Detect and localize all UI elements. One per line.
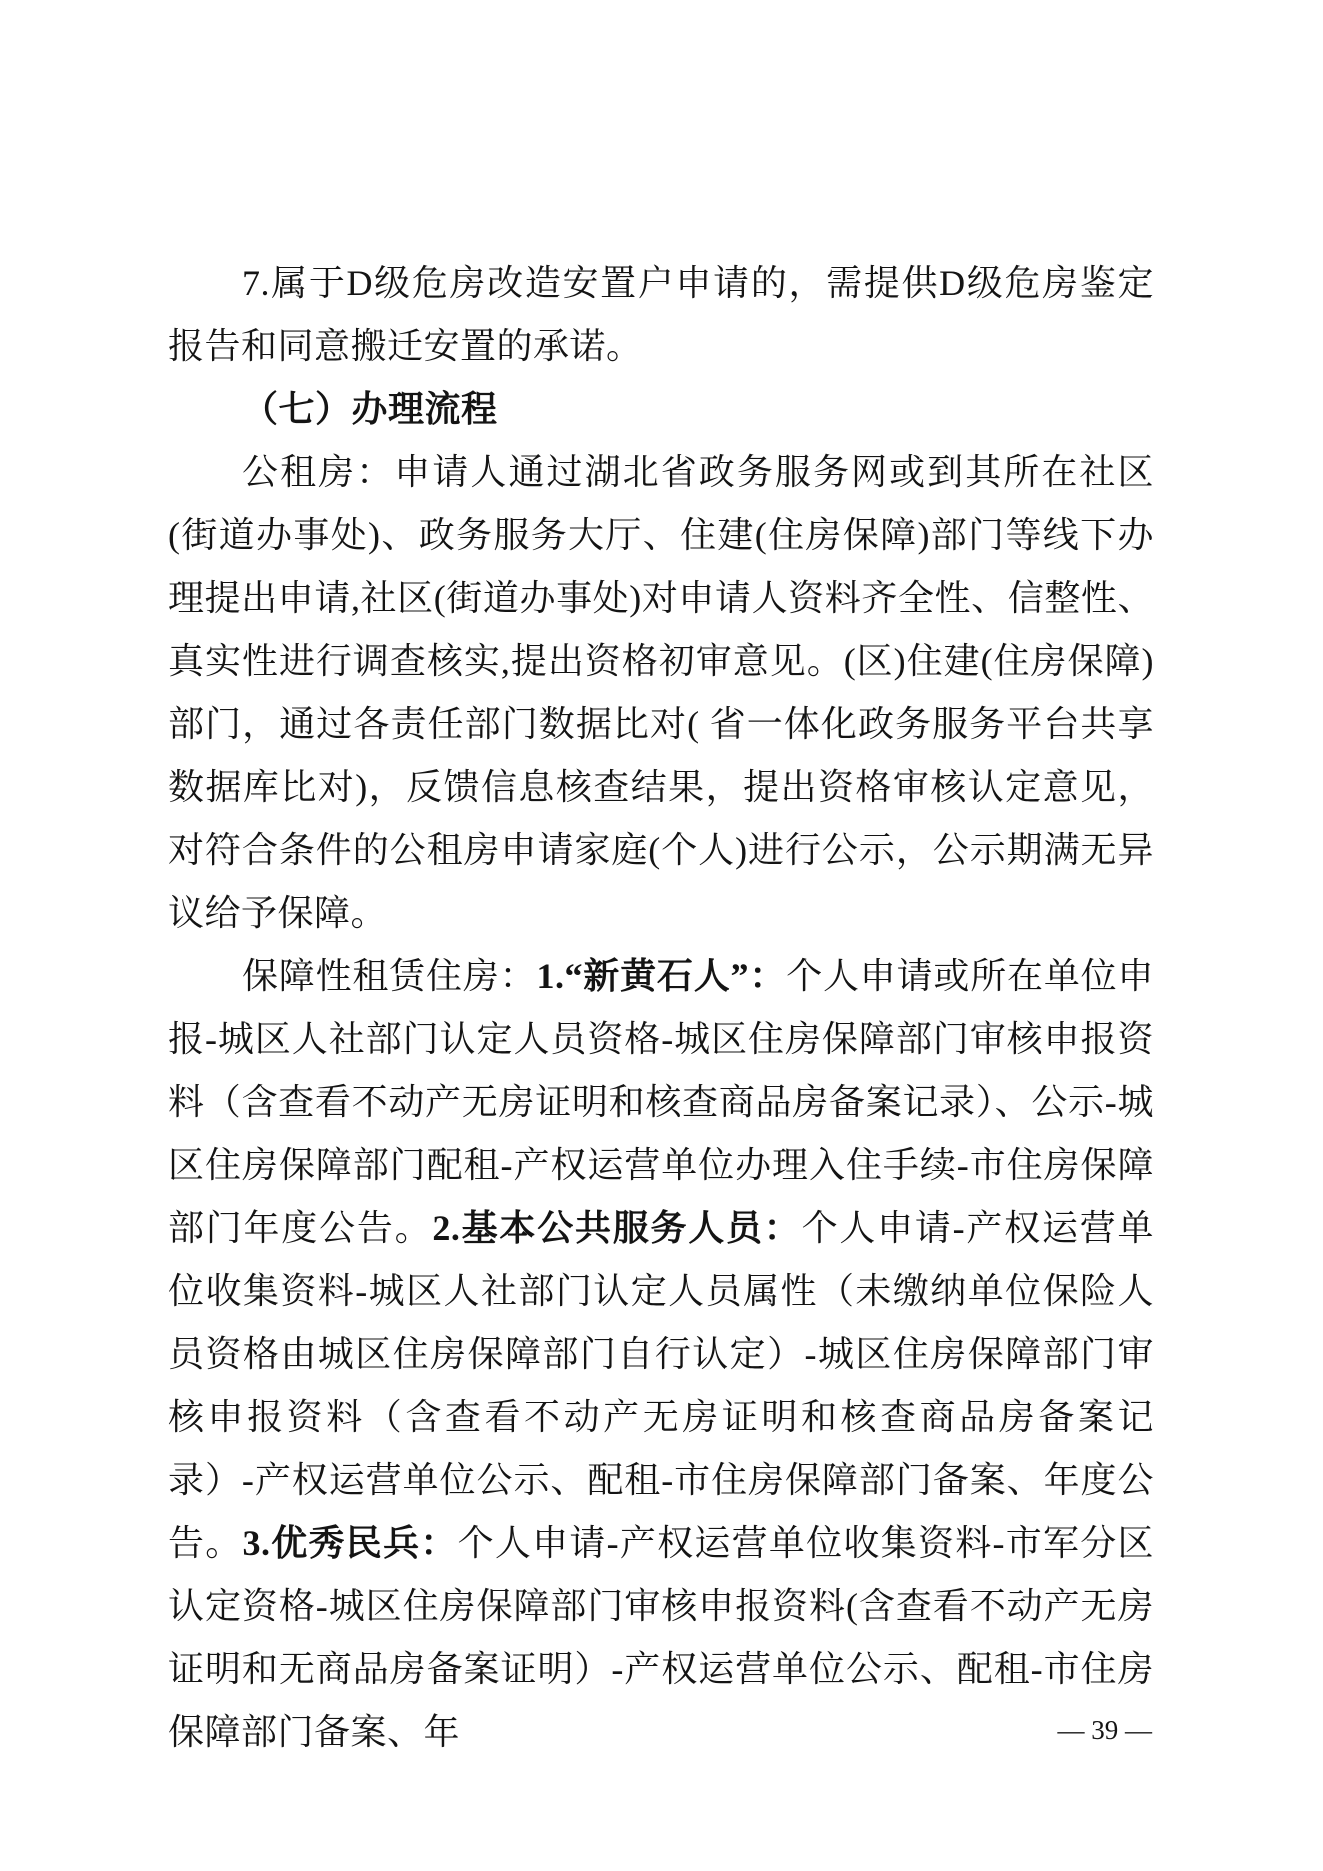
text-run: 公租房：申请人通过湖北省政务服务网或到其所在社区(街道办事处)、政务服务大厅、住… — [168, 452, 1154, 933]
paragraph-d-level-requirement: 7.属于D级危房改造安置户申请的，需提供D级危房鉴定报告和同意搬迁安置的承诺。 — [168, 252, 1154, 378]
section-heading-text: （七）办理流程 — [242, 389, 498, 429]
page-footer: — 39 — — [1058, 1712, 1153, 1748]
page-number: — 39 — — [1058, 1715, 1153, 1745]
text-run-bold-basic-public-service: 2.基本公共服务人员： — [432, 1208, 801, 1248]
text-run: 个人申请或所在单位申报-城区人社部门认定人员资格-城区住房保障部门审核申报资料（… — [168, 956, 1154, 1248]
document-page: 7.属于D级危房改造安置户申请的，需提供D级危房鉴定报告和同意搬迁安置的承诺。 … — [0, 0, 1323, 1871]
paragraph-affordable-rental-housing: 保障性租赁住房：1.“新黄石人”：个人申请或所在单位申报-城区人社部门认定人员资… — [168, 945, 1154, 1764]
paragraph-public-rental-housing: 公租房：申请人通过湖北省政务服务网或到其所在社区(街道办事处)、政务服务大厅、住… — [168, 441, 1154, 945]
section-heading-process: （七）办理流程 — [168, 378, 1154, 441]
document-body: 7.属于D级危房改造安置户申请的，需提供D级危房鉴定报告和同意搬迁安置的承诺。 … — [168, 252, 1154, 1764]
text-run: 个人申请-产权运营单位收集资料-城区人社部门认定人员属性（未缴纳单位保险人员资格… — [168, 1208, 1154, 1563]
text-run-bold-new-huangshi: 1.“新黄石人”： — [537, 956, 787, 996]
text-run: 7.属于D级危房改造安置户申请的，需提供D级危房鉴定报告和同意搬迁安置的承诺。 — [168, 263, 1154, 366]
text-run-bold-outstanding-militia: 3.优秀民兵： — [243, 1523, 458, 1563]
text-run: 保障性租赁住房： — [242, 956, 537, 996]
